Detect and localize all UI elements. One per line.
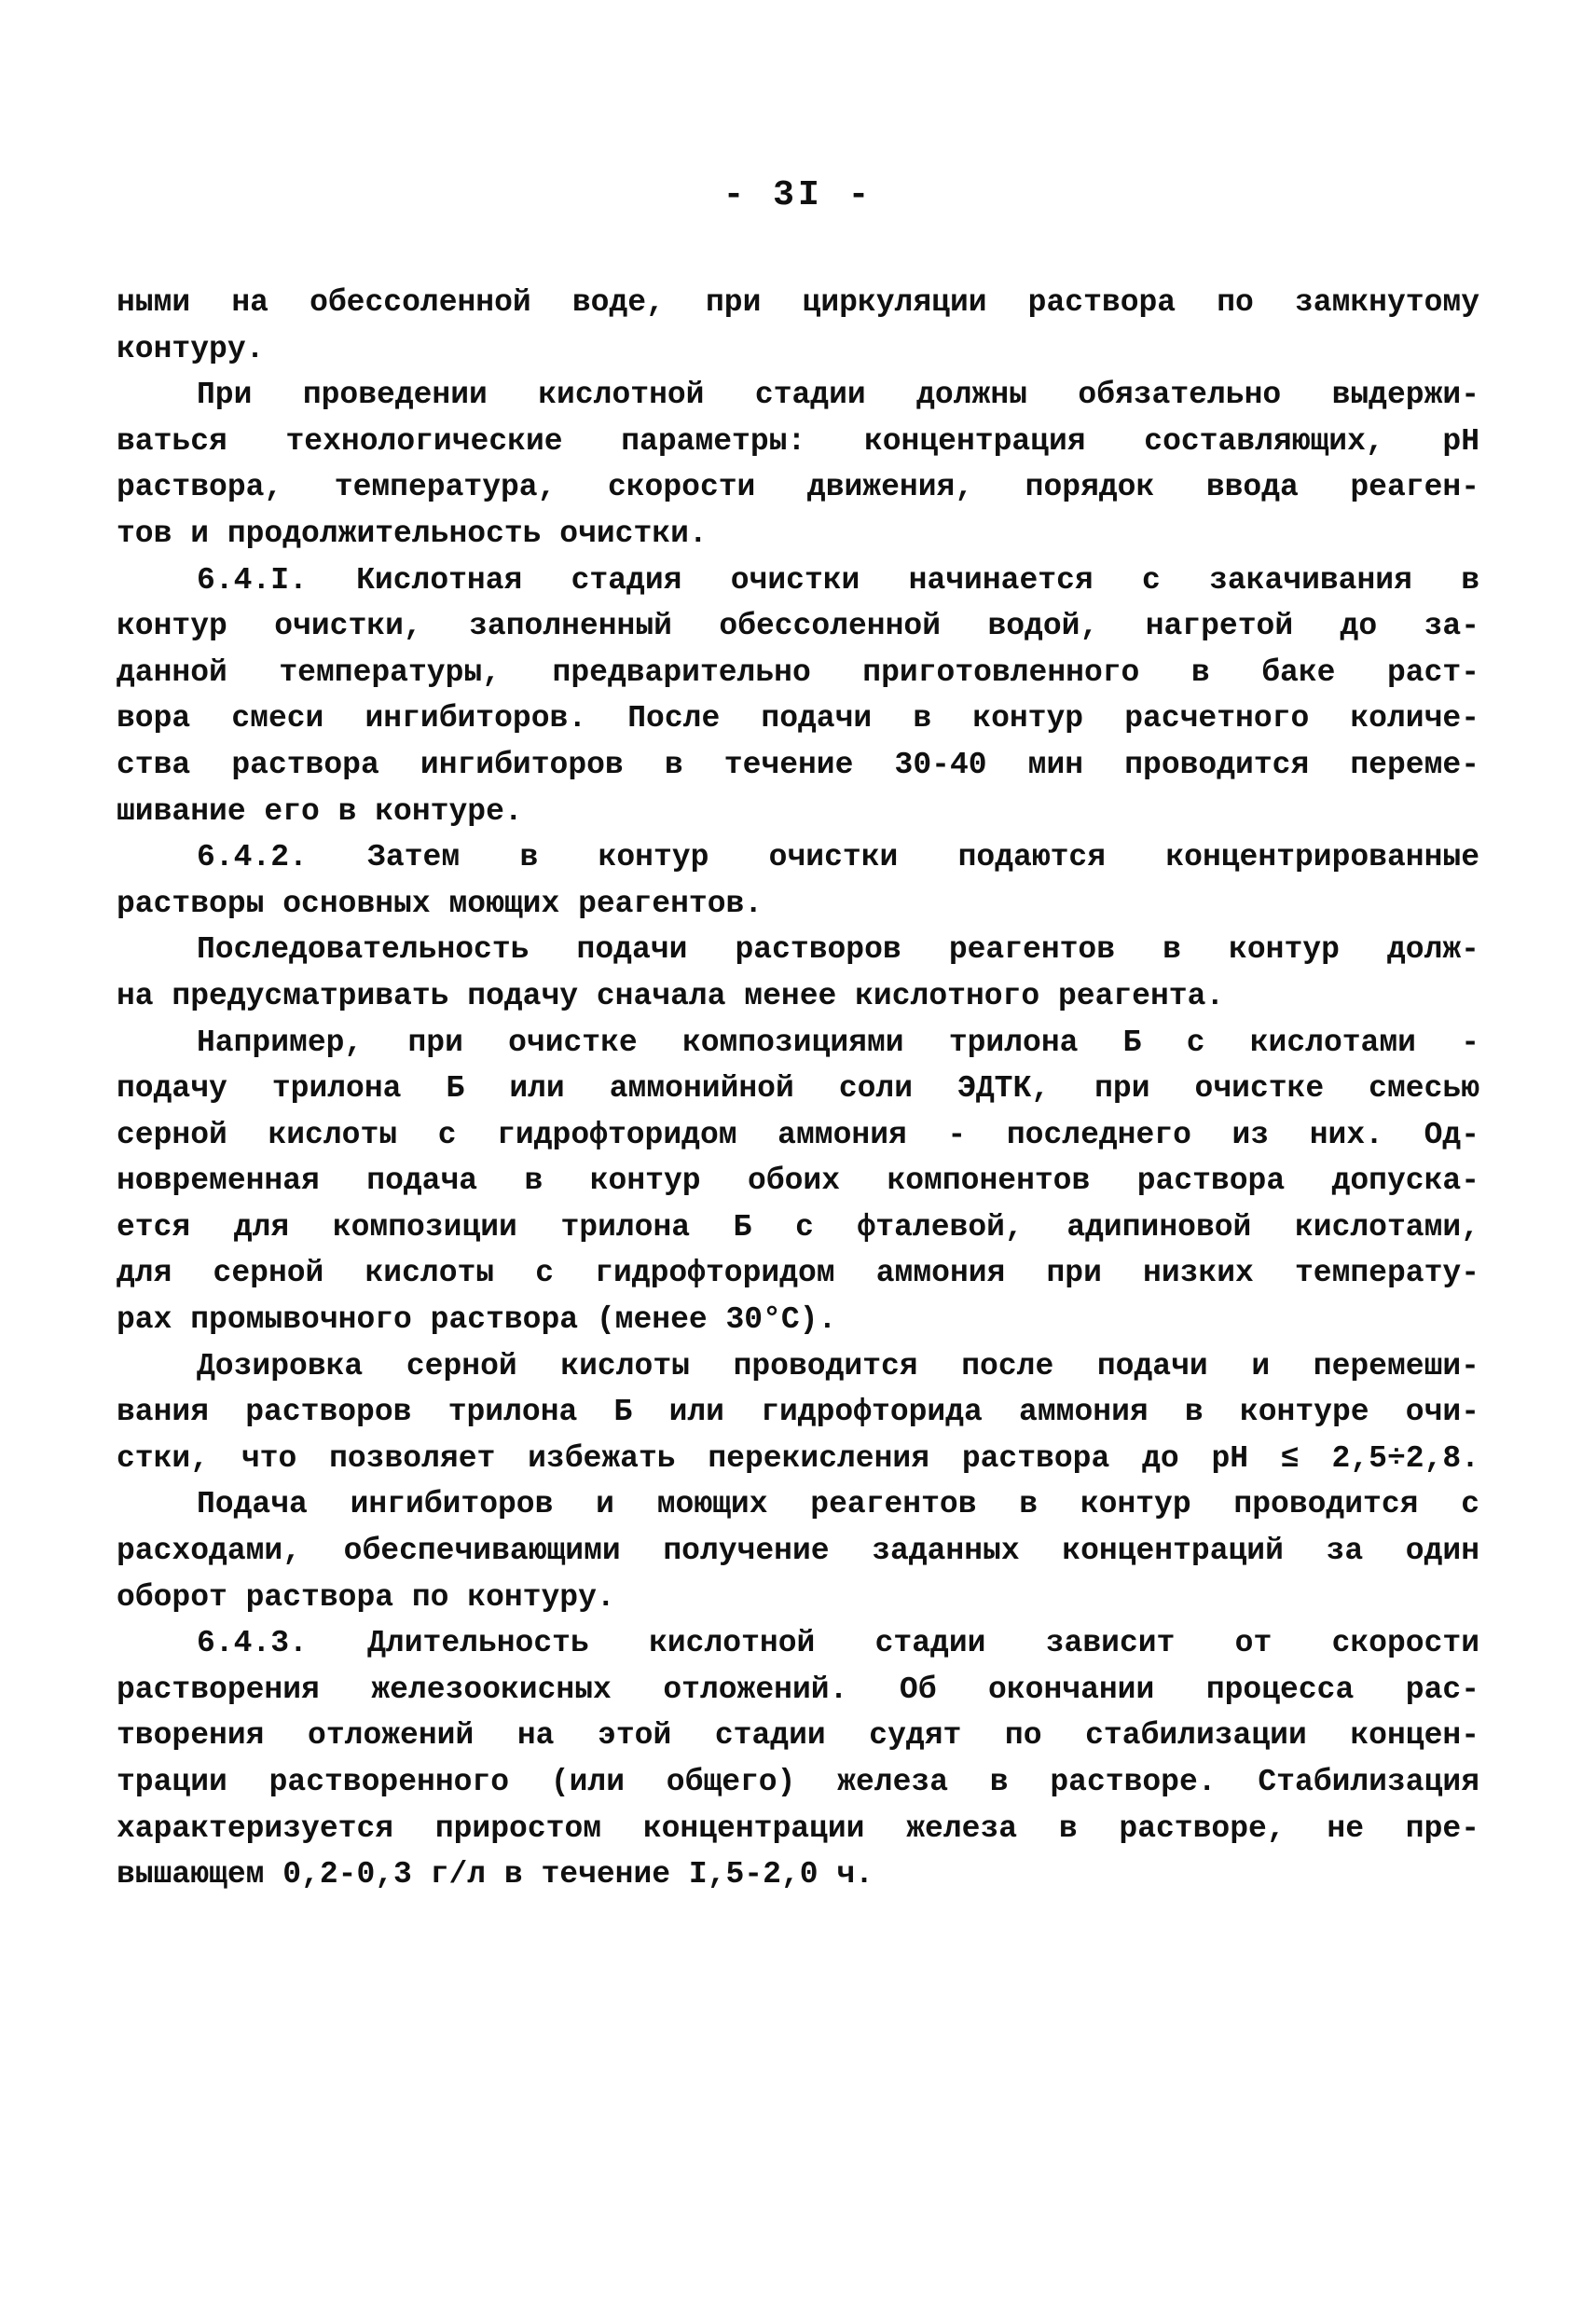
page-number: - 3I - xyxy=(0,175,1596,215)
text-line: контуру. xyxy=(117,326,1479,373)
document-body: ными на обессоленной воде, при циркуляци… xyxy=(117,280,1479,1898)
text-line: растворы основных моющих реагентов. xyxy=(117,881,1479,928)
text-line: новременная подача в контур обоих компон… xyxy=(117,1158,1479,1204)
text-line: на предусматривать подачу сначала менее … xyxy=(117,973,1479,1020)
text-line: Последовательность подачи растворов реаг… xyxy=(117,927,1479,973)
text-line: контур очистки, заполненный обессоленной… xyxy=(117,603,1479,650)
text-line: ваться технологические параметры: концен… xyxy=(117,419,1479,465)
text-line: творения отложений на этой стадии судят … xyxy=(117,1713,1479,1759)
text-line: 6.4.2. Затем в контур очистки подаются к… xyxy=(117,834,1479,881)
text-line: подачу трилона Б или аммонийной соли ЭДТ… xyxy=(117,1066,1479,1112)
text-line: трации растворенного (или общего) железа… xyxy=(117,1759,1479,1806)
text-line: Дозировка серной кислоты проводится посл… xyxy=(117,1343,1479,1390)
text-line: Например, при очистке композициями трило… xyxy=(117,1020,1479,1067)
text-line: 6.4.I. Кислотная стадия очистки начинает… xyxy=(117,557,1479,604)
text-line: для серной кислоты с гидрофторидом аммон… xyxy=(117,1250,1479,1297)
text-line: серной кислоты с гидрофторидом аммония -… xyxy=(117,1112,1479,1159)
text-line: раствора, температура, скорости движения… xyxy=(117,464,1479,511)
text-line: шивание его в контуре. xyxy=(117,789,1479,835)
text-line: 6.4.3. Длительность кислотной стадии зав… xyxy=(117,1620,1479,1667)
text-line: расходами, обеспечивающими получение зад… xyxy=(117,1528,1479,1575)
text-line: вышающем 0,2-0,3 г/л в течение I,5-2,0 ч… xyxy=(117,1851,1479,1898)
text-line: вания растворов трилона Б или гидрофтори… xyxy=(117,1389,1479,1436)
text-line: ными на обессоленной воде, при циркуляци… xyxy=(117,280,1479,326)
text-line: вора смеси ингибиторов. После подачи в к… xyxy=(117,695,1479,742)
text-line: тов и продолжительность очистки. xyxy=(117,511,1479,557)
text-line: ства раствора ингибиторов в течение 30-4… xyxy=(117,742,1479,789)
text-line: характеризуется приростом концентрации ж… xyxy=(117,1806,1479,1852)
text-line: растворения железоокисных отложений. Об … xyxy=(117,1667,1479,1713)
text-line: оборот раствора по контуру. xyxy=(117,1575,1479,1621)
text-line: Подача ингибиторов и моющих реагентов в … xyxy=(117,1481,1479,1528)
text-line: ется для композиции трилона Б с фталевой… xyxy=(117,1204,1479,1251)
text-line: данной температуры, предварительно приго… xyxy=(117,650,1479,696)
text-line: стки, что позволяет избежать перекислени… xyxy=(117,1436,1479,1482)
document-page: - 3I - ными на обессоленной воде, при ци… xyxy=(0,0,1596,2312)
text-line: рах промывочного раствора (менее 30°С). xyxy=(117,1297,1479,1343)
text-line: При проведении кислотной стадии должны о… xyxy=(117,372,1479,419)
